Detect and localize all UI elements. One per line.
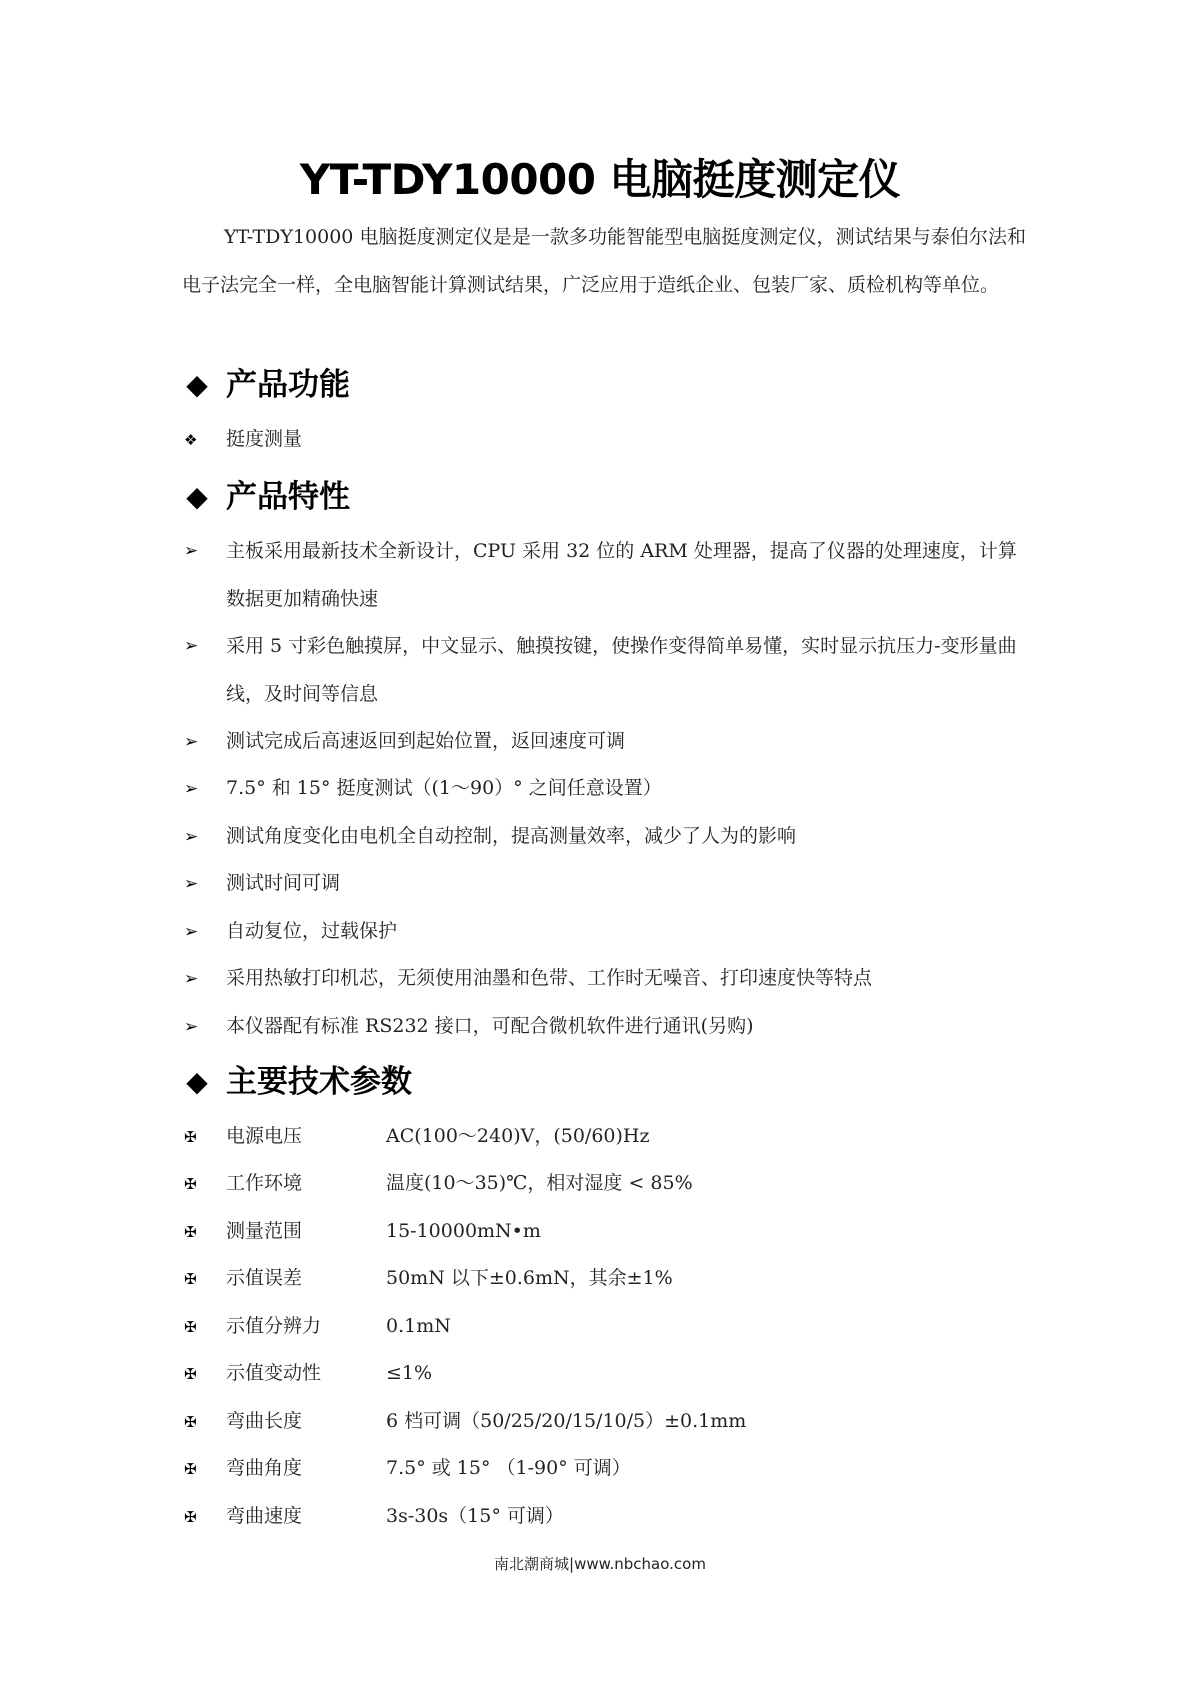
spec-label: 测量范围: [226, 1208, 386, 1256]
section-heading-features: ◆ 产品特性: [184, 475, 350, 519]
spec-label: 弯曲角度: [226, 1445, 386, 1493]
diamond-bullet-icon: ◆: [184, 1060, 210, 1104]
arrow-bullet-icon: ➢: [184, 814, 226, 862]
maltese-cross-bullet-icon: ✠: [184, 1446, 226, 1494]
list-item: ➢ 测试角度变化由电机全自动控制，提高测量效率，减少了人为的影响: [184, 813, 1040, 862]
section-title: 产品功能: [226, 363, 350, 407]
arrow-bullet-icon: ➢: [184, 623, 226, 718]
spec-label: 电源电压: [226, 1113, 386, 1161]
list-item: ➢ 采用热敏打印机芯，无须使用油墨和色带、工作时无噪音、打印速度快等特点: [184, 955, 1040, 1004]
intro-paragraph: YT-TDY10000 电脑挺度测定仪是是一款多功能智能型电脑挺度测定仪，测试结…: [182, 214, 1026, 309]
spec-row: ✠ 示值分辨力 0.1mN: [184, 1303, 1040, 1352]
spec-row: ✠ 弯曲速度 3s-30s（15° 可调）: [184, 1493, 1040, 1542]
document-title: YT-TDY10000 电脑挺度测定仪: [0, 152, 1200, 208]
page-footer: 南北潮商城|www.nbchao.com: [0, 1553, 1200, 1575]
maltese-cross-bullet-icon: ✠: [184, 1494, 226, 1542]
list-item: ❖ 挺度测量: [184, 416, 1040, 465]
maltese-cross-bullet-icon: ✠: [184, 1114, 226, 1162]
arrow-bullet-icon: ➢: [184, 766, 226, 814]
list-item: ➢ 测试完成后高速返回到起始位置，返回速度可调: [184, 718, 1040, 767]
spec-value: AC(100～240)V，(50/60)Hz: [386, 1113, 1040, 1161]
spec-label: 工作环境: [226, 1160, 386, 1208]
spec-row: ✠ 测量范围 15-10000mN•m: [184, 1208, 1040, 1257]
section-heading-specs: ◆ 主要技术参数: [184, 1060, 412, 1104]
spec-label: 弯曲长度: [226, 1398, 386, 1446]
spec-value: 7.5° 或 15° （1-90° 可调）: [386, 1445, 1040, 1493]
maltese-cross-bullet-icon: ✠: [184, 1209, 226, 1257]
spec-row: ✠ 弯曲长度 6 档可调（50/25/20/15/10/5）±0.1mm: [184, 1398, 1040, 1447]
list-item: ➢ 测试时间可调: [184, 860, 1040, 909]
arrow-bullet-icon: ➢: [184, 719, 226, 767]
spec-value: 6 档可调（50/25/20/15/10/5）±0.1mm: [386, 1398, 1040, 1446]
section-title: 主要技术参数: [226, 1060, 412, 1104]
spec-value: ≤1%: [386, 1350, 1040, 1398]
spec-value: 3s-30s（15° 可调）: [386, 1493, 1040, 1541]
list-item: ➢ 采用 5 寸彩色触摸屏，中文显示、触摸按键，使操作变得简单易懂，实时显示抗压…: [184, 623, 1034, 718]
arrow-bullet-icon: ➢: [184, 861, 226, 909]
maltese-cross-bullet-icon: ✠: [184, 1399, 226, 1447]
arrow-bullet-icon: ➢: [184, 956, 226, 1004]
maltese-cross-bullet-icon: ✠: [184, 1351, 226, 1399]
spec-row: ✠ 示值误差 50mN 以下±0.6mN，其余±1%: [184, 1255, 1040, 1304]
spec-label: 示值变动性: [226, 1350, 386, 1398]
spec-label: 示值分辨力: [226, 1303, 386, 1351]
list-item: ➢ 主板采用最新技术全新设计，CPU 采用 32 位的 ARM 处理器，提高了仪…: [184, 528, 1034, 623]
arrow-bullet-icon: ➢: [184, 528, 226, 623]
section-heading-functions: ◆ 产品功能: [184, 363, 350, 407]
list-item: ➢ 自动复位，过载保护: [184, 908, 1040, 957]
spec-value: 0.1mN: [386, 1303, 1040, 1351]
maltese-cross-bullet-icon: ✠: [184, 1304, 226, 1352]
arrow-bullet-icon: ➢: [184, 1004, 226, 1052]
spec-value: 温度(10～35)℃，相对湿度 < 85%: [386, 1160, 1040, 1208]
maltese-cross-bullet-icon: ✠: [184, 1256, 226, 1304]
spec-row: ✠ 弯曲角度 7.5° 或 15° （1-90° 可调）: [184, 1445, 1040, 1494]
diamond-bullet-icon: ◆: [184, 363, 210, 407]
spec-row: ✠ 示值变动性 ≤1%: [184, 1350, 1040, 1399]
spec-label: 示值误差: [226, 1255, 386, 1303]
arrow-bullet-icon: ➢: [184, 909, 226, 957]
spec-value: 15-10000mN•m: [386, 1208, 1040, 1256]
list-item: ➢ 7.5° 和 15° 挺度测试（(1～90）° 之间任意设置）: [184, 765, 1040, 814]
section-title: 产品特性: [226, 475, 350, 519]
spec-row: ✠ 电源电压 AC(100～240)V，(50/60)Hz: [184, 1113, 1040, 1162]
spec-row: ✠ 工作环境 温度(10～35)℃，相对湿度 < 85%: [184, 1160, 1040, 1209]
maltese-cross-bullet-icon: ✠: [184, 1161, 226, 1209]
document-page: YT-TDY10000 电脑挺度测定仪 YT-TDY10000 电脑挺度测定仪是…: [0, 0, 1200, 1697]
spec-value: 50mN 以下±0.6mN，其余±1%: [386, 1255, 1040, 1303]
four-diamond-bullet-icon: ❖: [184, 417, 226, 465]
list-item: ➢ 本仪器配有标准 RS232 接口，可配合微机软件进行通讯(另购): [184, 1003, 1040, 1052]
diamond-bullet-icon: ◆: [184, 475, 210, 519]
spec-label: 弯曲速度: [226, 1493, 386, 1541]
